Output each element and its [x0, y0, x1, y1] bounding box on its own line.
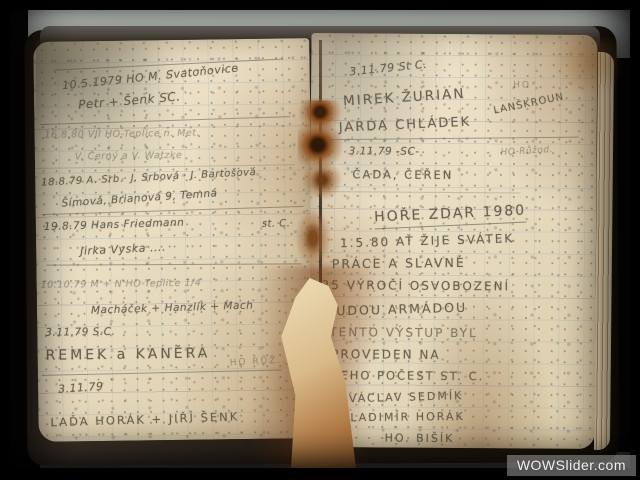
- notebook-entry-line: st. C.: [262, 218, 291, 229]
- notebook-photo: 10.5.1979 HO M. Svatoňovice Petr + Šenk …: [10, 10, 630, 468]
- burn-hole-top: [298, 100, 342, 200]
- burnt-tear: [260, 278, 378, 468]
- notebook-entry-line: JARDA CHLÁDEK: [339, 115, 472, 136]
- notebook-entry-line: LAĎA HORÁK + JIŘÍ ŠENK: [50, 409, 239, 429]
- notebook-entry-line: 19.8.79 Hans Friedmann: [44, 217, 185, 233]
- notebook-entry-line: Jirka Vyska ....: [80, 241, 166, 258]
- notebook-entry-line: MIREK ŽURIAN: [343, 86, 466, 110]
- notebook-entry-line: 3.11.79 -SC-: [349, 145, 420, 157]
- notebook-entry-line: Petr + Šenk SC.: [78, 89, 181, 112]
- notebook-entry-line: 18.8.79 A. Srb · J. Srbová · J. Bartošov…: [41, 167, 256, 189]
- notebook-entry-line: 3.11.79 S.C.: [45, 326, 115, 339]
- notebook-entry-line: HO: [513, 80, 531, 90]
- notebook-entry-line: LANŠKROUN: [493, 91, 565, 116]
- notebook-entry-line: REMEK a KANĚRA: [45, 346, 210, 364]
- slider-frame: 10.5.1979 HO M. Svatoňovice Petr + Šenk …: [0, 0, 640, 480]
- burn-hole-middle: [296, 210, 330, 266]
- ruled-line: [317, 137, 579, 141]
- notebook-entry-line: Šímová, Brianová 9, Temná: [61, 187, 218, 209]
- notebook-entry-line: 10.5.1979 HO M. Svatoňovice: [62, 61, 240, 92]
- notebook-entry-line: 10.10.79 M + N HO-Teplice 1/4: [41, 278, 202, 291]
- notebook-entry-line: 3.11.79: [58, 380, 104, 396]
- notebook-entry-line: HOŘE ZDAR 1980: [374, 203, 527, 230]
- ruled-line: [40, 116, 290, 125]
- notebook-entry-line: 1.5.80 AŤ ŽIJE SVÁTEK: [340, 231, 515, 250]
- notebook-entry-line: ČADA, ČEŘEN: [352, 167, 453, 182]
- notebook-entry-line: 3.11.79 St C.: [349, 58, 428, 79]
- notebook-entry-line: HO-Růžod.: [500, 145, 553, 158]
- notebook-entry-line: 16.8.80 VII HO-Teplice n. Met.: [44, 128, 200, 141]
- notebook-entry-line: V. Černý a V. Watzke: [75, 150, 183, 163]
- ruled-line: [320, 191, 520, 193]
- wowslider-watermark-link[interactable]: WOWSlider.com: [507, 455, 636, 476]
- notebook-entry-line: HO. BIŠÍK: [385, 432, 455, 445]
- notebook-entry-line: Macháček + Hanzlík + Mach: [91, 299, 254, 316]
